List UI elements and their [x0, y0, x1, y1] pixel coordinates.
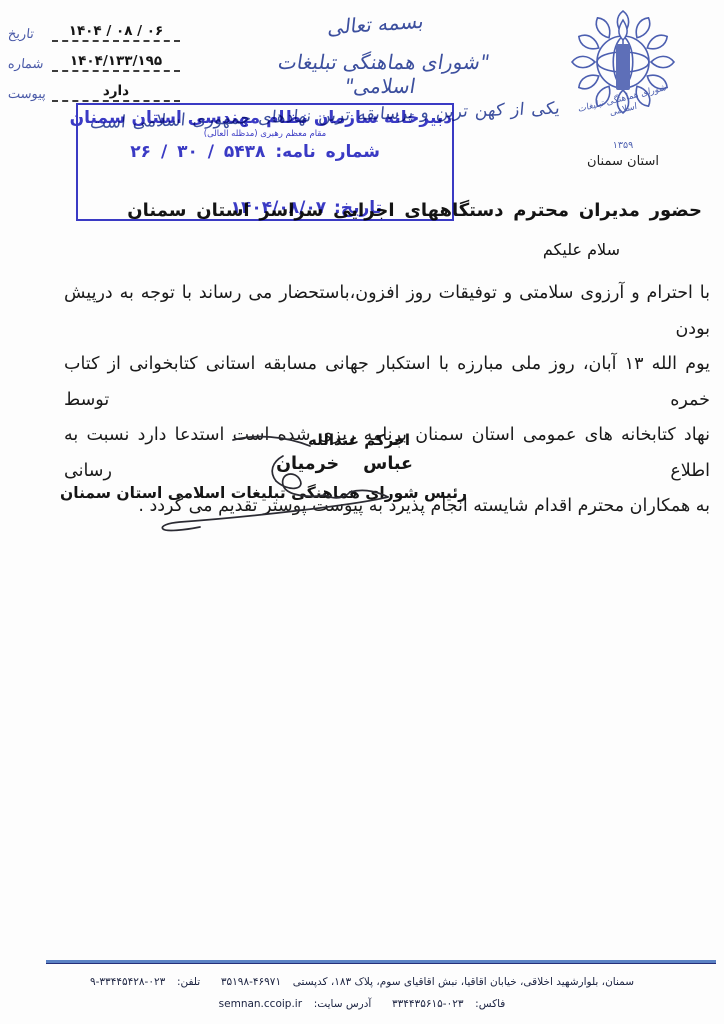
logo-province-label: استان سمنان [560, 154, 686, 169]
handwritten-signature [140, 420, 490, 540]
meta-row-date: تاریخ ۱۴۰۴ / ۰۸ / ۰۶ [8, 12, 180, 42]
footer-fax: ۰۲۳-۳۳۴۴۳۵۶۱۵ [392, 998, 463, 1010]
attachment-label: پیوست [7, 87, 53, 102]
letter-meta-block: تاریخ ۱۴۰۴ / ۰۸ / ۰۶ شماره ۱۴۰۴/۱۳۳/۱۹۵ … [8, 12, 180, 102]
salutation: سلام علیکم [543, 240, 620, 259]
stamp-organization: دبیرخانه سازمان نظام مهندسی استان سمنان [78, 108, 452, 128]
body-line: یوم الله ۱۳ آبان، روز ملی مبارزه با استک… [64, 347, 710, 418]
letter-page: تاریخ ۱۴۰۴ / ۰۸ / ۰۶ شماره ۱۴۰۴/۱۳۳/۱۹۵ … [0, 0, 724, 1024]
footer-website-label: آدرس سایت: [314, 998, 372, 1010]
number-line: ۱۴۰۴/۱۳۳/۱۹۵ [52, 53, 180, 72]
footer-phone-label: تلفن: [177, 976, 200, 988]
footer-postal-code: ۴۶۹۷۱-۳۵۱۹۸ [221, 976, 281, 988]
secretariat-stamp-box: دبیرخانه سازمان نظام مهندسی استان سمنان … [76, 103, 454, 221]
stamp-subtitle: مقام معظم رهبری (مدظله العالی) [78, 129, 452, 139]
besmele-calligraphy: بسمه تعالی [317, 8, 435, 40]
logo-year: ۱۳۵۹ [560, 140, 686, 151]
number-label: شماره [7, 57, 53, 72]
stamp-letter-number: شماره نامه: ۵۴۳۸ / ۳۰ / ۲۶ [78, 142, 452, 162]
date-value: ۱۴۰۴ / ۰۸ / ۰۶ [69, 23, 164, 39]
footer-address: سمنان، بلوارشهید اخلاقی، خیابان اقاقیا، … [293, 976, 634, 988]
footer-website: semnan.ccoip.ir [219, 998, 302, 1010]
attachment-line: دارد [52, 83, 180, 102]
council-logo: شورای هماهنگی تبلیغات اسلامی ۱۳۵۹ استان … [560, 6, 686, 182]
footer-address-line: سمنان، بلوارشهید اخلاقی، خیابان اقاقیا، … [0, 976, 724, 988]
council-title-calligraphy: "شورای هماهنگی تبلیغات اسلامی" [244, 50, 520, 98]
date-label: تاریخ [7, 27, 53, 42]
footer-contact-line: فاکس: ۰۲۳-۳۳۴۴۳۵۶۱۵ آدرس سایت: semnan.cc… [0, 998, 724, 1010]
stamp-letter-date: تاریخ: ۱۴۰۴/۰۸/۰۷ [231, 198, 382, 218]
attachment-value: دارد [103, 83, 129, 99]
date-line: ۱۴۰۴ / ۰۸ / ۰۶ [52, 23, 180, 42]
number-value: ۱۴۰۴/۱۳۳/۱۹۵ [70, 53, 162, 69]
body-line: با احترام و آرزوی سلامتی و توفیقات روز ا… [64, 276, 710, 347]
meta-row-attachment: پیوست دارد [8, 72, 180, 102]
meta-row-number: شماره ۱۴۰۴/۱۳۳/۱۹۵ [8, 42, 180, 72]
footer-fax-label: فاکس: [475, 998, 505, 1010]
footer-divider [46, 960, 716, 964]
footer-phone: ۰۲۳-۳۳۴۴۵۴۲۸-۹ [90, 976, 165, 988]
